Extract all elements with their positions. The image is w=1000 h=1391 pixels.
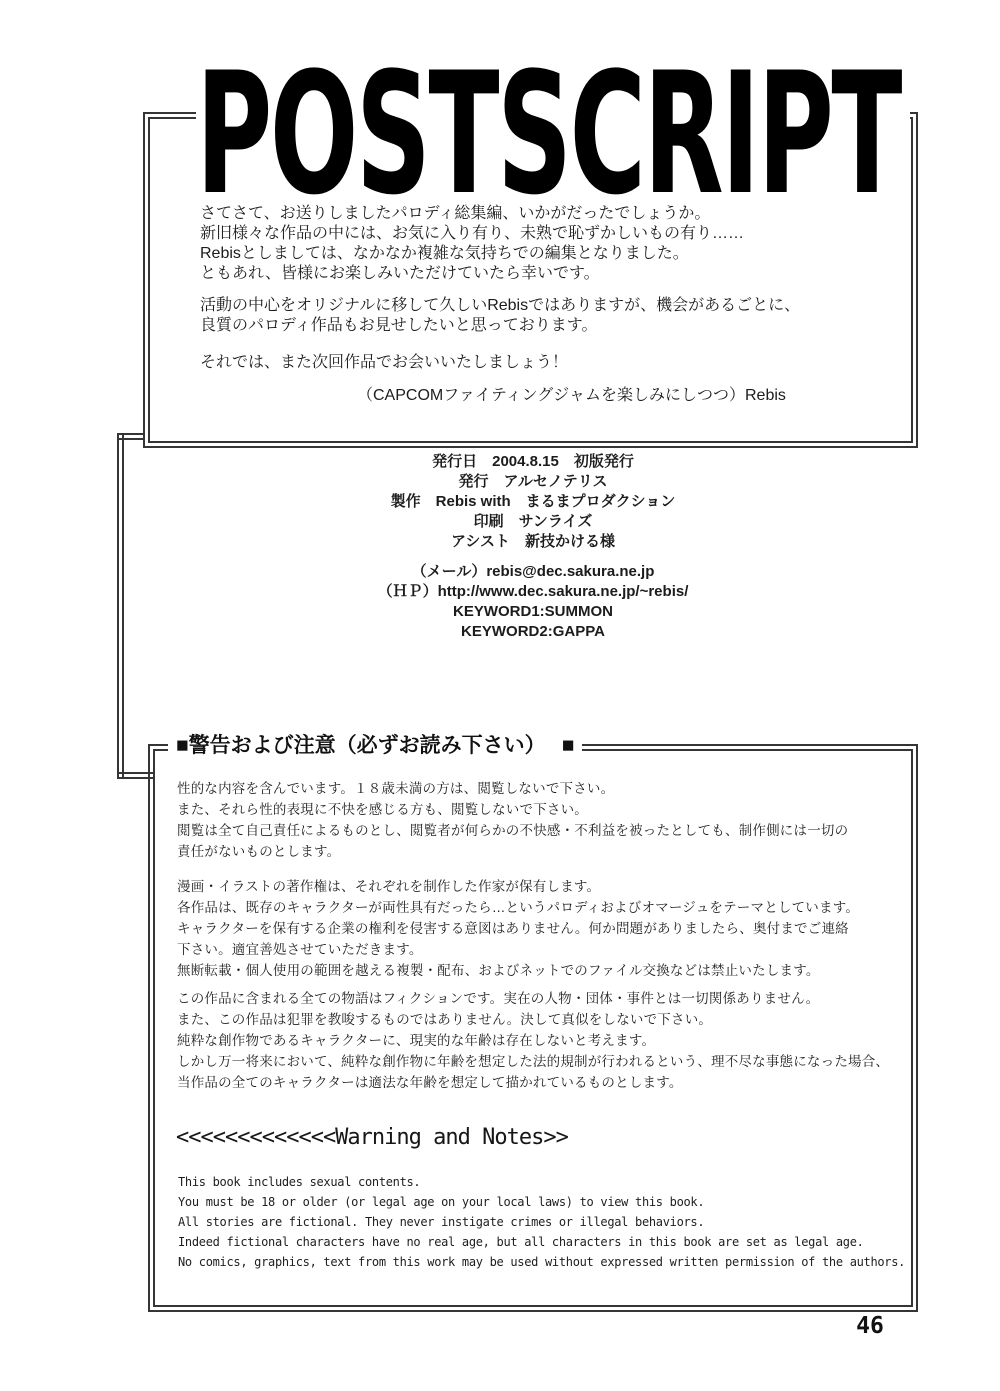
page-number: 46 (845, 1313, 895, 1339)
text-line: 活動の中心をオリジナルに移して久しいRebisではありますが、機会があるごとに、 (200, 296, 800, 316)
text-line: Rebisとしましては、なかなか複雑な気持ちでの編集となりました。 (200, 244, 744, 264)
text-line: 当作品の全てのキャラクターは適法な年齢を想定して描かれているものとします。 (177, 1072, 889, 1093)
text-line: 各作品は、既存のキャラクターが両性具有だったら…というパロディおよびオマージュを… (177, 897, 859, 918)
warning-header-text: ■警告および注意（必ずお読み下さい） (176, 734, 546, 757)
text-line: 印刷 サンライズ (148, 512, 918, 532)
warning-paragraph-1: 性的な内容を含んでいます。１８歳未満の方は、閲覧しないで下さい。また、それら性的… (177, 778, 848, 862)
text-line: KEYWORD2:GAPPA (148, 622, 918, 642)
warning-english-paragraph: This book includes sexual contents.You m… (178, 1172, 905, 1272)
afterword-signoff: （CAPCOMファイティングジャムを楽しみにしつつ）Rebis (357, 386, 786, 406)
text-line: しかし万一将来において、純粋な創作物に年齢を想定した法的規制が行われるという、理… (177, 1051, 889, 1072)
text-line: （ＨＰ）http://www.dec.sakura.ne.jp/~rebis/ (148, 582, 918, 602)
warning-paragraph-3: この作品に含まれる全ての物語はフィクションです。実在の人物・団体・事件とは一切関… (177, 988, 889, 1093)
text-line: ともあれ、皆様にお楽しみいただけていたら幸いです。 (200, 264, 744, 284)
text-line: アシスト 新技かける様 (148, 532, 918, 552)
text-line: 発行 アルセノテリス (148, 472, 918, 492)
text-line: 性的な内容を含んでいます。１８歳未満の方は、閲覧しないで下さい。 (177, 778, 848, 799)
warning-paragraph-2: 漫画・イラストの著作権は、それぞれを制作した作家が保有します。各作品は、既存のキ… (177, 876, 859, 981)
colophon: 発行日 2004.8.15 初版発行発行 アルセノテリス製作 Rebis wit… (148, 452, 918, 642)
text-line: また、この作品は犯罪を教唆するものではありません。決して真似をしないで下さい。 (177, 1009, 889, 1030)
afterword-closing-line: それでは、また次回作品でお会いいたしましょう！ (200, 353, 568, 373)
text-line: この作品に含まれる全ての物語はフィクションです。実在の人物・団体・事件とは一切関… (177, 988, 889, 1009)
warning-header: ■警告および注意（必ずお読み下さい）■ (168, 729, 582, 759)
connector-rule-vertical (117, 433, 124, 779)
text-line: 純粋な創作物であるキャラクターに、現実的な年齢は存在しないと考えます。 (177, 1030, 889, 1051)
postscript-page: POSTSCRIPT さてさて、お送りしましたパロディ総集編、いかがだったでしょ… (0, 0, 1000, 1391)
afterword-paragraph-2: 活動の中心をオリジナルに移して久しいRebisではありますが、機会があるごとに、… (200, 296, 800, 336)
colophon-contact-block: （メール）rebis@dec.sakura.ne.jp（ＨＰ）http://ww… (148, 562, 918, 642)
text-line: （メール）rebis@dec.sakura.ne.jp (148, 562, 918, 582)
text-line: 漫画・イラストの著作権は、それぞれを制作した作家が保有します。 (177, 876, 859, 897)
text-line: 発行日 2004.8.15 初版発行 (148, 452, 918, 472)
text-line: 下さい。適宜善処させていただきます。 (177, 939, 859, 960)
text-line: 良質のパロディ作品もお見せしたいと思っております。 (200, 316, 800, 336)
text-line: 製作 Rebis with まるまプロダクション (148, 492, 918, 512)
text-line: KEYWORD1:SUMMON (148, 602, 918, 622)
page-title: POSTSCRIPT (196, 70, 910, 196)
text-line: キャラクターを保有する企業の権利を侵害する意図はありません。何か問題がありました… (177, 918, 859, 939)
text-line: You must be 18 or older (or legal age on… (178, 1192, 905, 1212)
page-title-text: POSTSCRIPT (196, 50, 639, 218)
text-line: 責任がないものとします。 (177, 841, 848, 862)
text-line: This book includes sexual contents. (178, 1172, 905, 1192)
text-line: また、それら性的表現に不快を感じる方も、閲覧しないで下さい。 (177, 799, 848, 820)
text-line: Indeed fictional characters have no real… (178, 1232, 905, 1252)
warning-english-header: <<<<<<<<<<<<<Warning and Notes>> (176, 1125, 568, 1150)
colophon-issue-block: 発行日 2004.8.15 初版発行発行 アルセノテリス製作 Rebis wit… (148, 452, 918, 552)
text-line: All stories are fictional. They never in… (178, 1212, 905, 1232)
text-line: 閲覧は全て自己責任によるものとし、閲覧者が何らかの不快感・不利益を被ったとしても… (177, 820, 848, 841)
text-line: No comics, graphics, text from this work… (178, 1252, 905, 1272)
warning-header-end-square: ■ (562, 734, 575, 757)
text-line: 無断転載・個人使用の範囲を越える複製・配布、およびネットでのファイル交換などは禁… (177, 960, 859, 981)
